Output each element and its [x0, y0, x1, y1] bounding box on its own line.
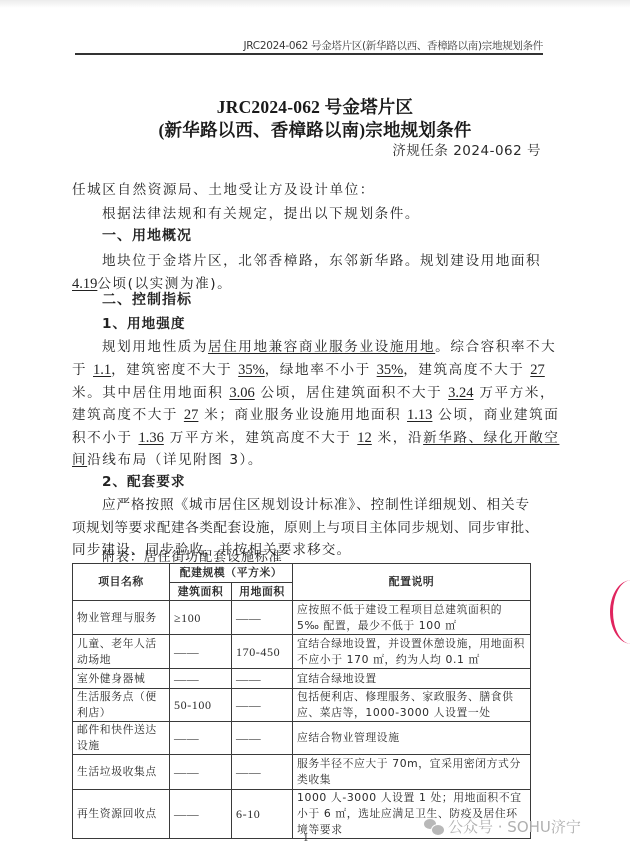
intensity-line1: 规划用地性质为居住用地兼容商业服务业设施用地。综合容积率不大	[102, 335, 556, 355]
land-use-value: 居住用地兼容商业服务业设施用地	[208, 339, 435, 355]
table-row: 儿童、老年人活动场地 —— 170-450 宜结合绿地设置，并设置休憩设施，用地…	[73, 635, 531, 669]
green-ratio-value: 35%	[377, 362, 404, 378]
wechat-icon	[424, 819, 444, 835]
supporting-line1: 应严格按照《城市居住区规划设计标准》、控制性详细规划、相关专	[102, 493, 530, 513]
subsection2-heading: 2、配套要求	[102, 470, 185, 490]
table-row: 邮件和快件送达设施 —— —— 应结合物业管理设施	[73, 722, 531, 755]
header-scale: 配建规模（平方米）	[170, 564, 293, 583]
header-land-area: 用地面积	[232, 583, 293, 601]
watermark: 公众号 · SOHU济宁	[424, 816, 581, 837]
intensity-line3: 米。其中居住用地面积 3.06 公顷，居住建筑面积不大于 3.24 万平方米，	[72, 381, 555, 402]
official-stamp-edge	[610, 580, 630, 644]
document-number: 济规任条 2024-062 号	[392, 139, 541, 159]
header-name: 项目名称	[73, 564, 170, 601]
subsection1-heading: 1、用地强度	[102, 312, 185, 332]
top-shadow	[0, 0, 630, 8]
header-floor-area: 建筑面积	[170, 583, 232, 601]
intensity-line4: 建筑高度不大于 27 米；商业服务业设施用地面积 1.13 公顷，商业建筑面	[72, 403, 559, 424]
commercial-floor-area-value: 1.36	[138, 430, 163, 446]
intensity-line5: 积不小于 1.36 万平方米，建筑高度不大于 12 米，沿新华路、绿化开敞空	[72, 426, 559, 447]
table-row: 生活垃圾收集点 —— —— 服务半径不应大于 70m，宜采用密闭方式分类收集	[73, 755, 531, 790]
table-row: 物业管理与服务 ≥100 —— 应按照不低于建设工程项目总建筑面积的 5‰ 配置…	[73, 601, 531, 635]
section2-heading: 二、控制指标	[102, 289, 192, 309]
intensity-line6: 间沿线布局（详见附图 3）。	[72, 448, 263, 468]
document-title-line1: JRC2024-062 号金塔片区	[0, 94, 630, 119]
intensity-line2: 于 1.1，建筑密度不大于 35%，绿地率不小于 35%，建筑高度不大于 27	[72, 358, 545, 379]
residential-floor-area-value: 3.24	[448, 385, 473, 401]
residential-area-value: 3.06	[229, 385, 254, 401]
section1-heading: 一、用地概况	[102, 225, 192, 245]
height-value: 27	[530, 362, 545, 378]
watermark-text: 公众号 · SOHU济宁	[448, 816, 581, 837]
commercial-area-value: 1.13	[407, 407, 432, 423]
residential-height-value: 27	[184, 407, 199, 423]
header-rule	[75, 53, 543, 55]
section1-text-line1: 地块位于金塔片区，北邻香樟路，东邻新华路。规划建设用地面积	[102, 249, 541, 269]
page-number: 1	[303, 832, 309, 844]
header-notes: 配置说明	[293, 564, 531, 601]
commercial-height-value: 12	[357, 430, 372, 446]
table-row: 室外健身器械 —— —— 宜结合绿地设置	[73, 669, 531, 689]
intro-paragraph: 根据法律法规和有关规定，提出以下规划条件。	[102, 202, 420, 222]
density-value: 35%	[238, 362, 265, 378]
table-row: 生活服务点（便利店） 50-100 —— 包括便利店、修理服务、家政服务、膳食供…	[73, 689, 531, 722]
supporting-line2: 项规划等要求配建各类配套设施，原则上与项目主体同步规划、同步审批、	[72, 516, 539, 536]
addressee: 任城区自然资源局、土地受让方及设计单位：	[72, 178, 375, 198]
site-area-value: 4.19	[72, 276, 97, 292]
running-header: JRC2024-062 号金塔片区(新华路以西、香樟路以南)宗地规划条件	[75, 38, 543, 53]
far-value: 1.1	[93, 362, 111, 378]
facilities-table: 项目名称 配建规模（平方米） 配置说明 建筑面积 用地面积 物业管理与服务 ≥1…	[72, 563, 531, 839]
